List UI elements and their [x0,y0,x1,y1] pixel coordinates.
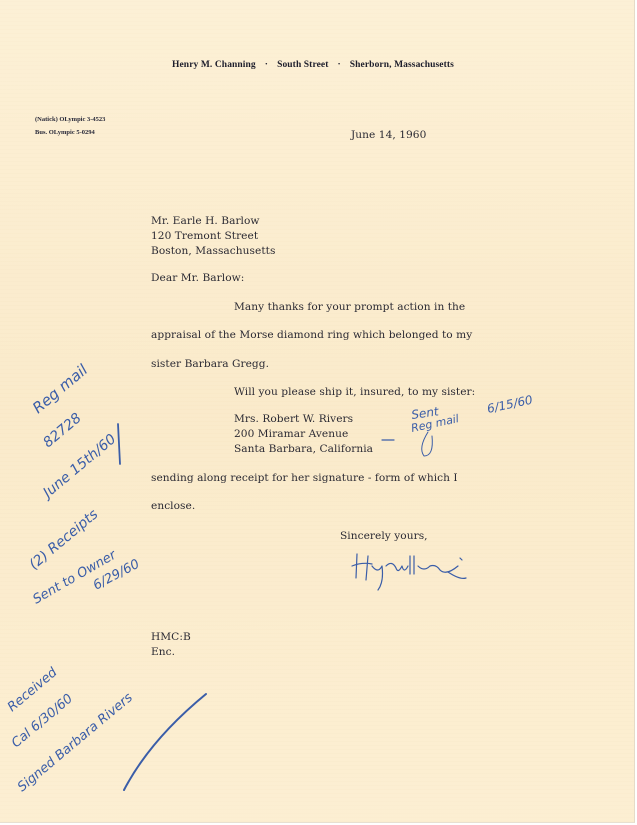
letterhead-separator: · [265,60,268,70]
body-line: appraisal of the Morse diamond ring whic… [151,329,472,341]
letter-page: Henry M. Channing·South Street·Sherborn,… [0,0,635,823]
body-line: Will you please ship it, insured, to my … [234,386,475,398]
salutation: Dear Mr. Barlow: [151,272,244,284]
recipient-street: 120 Tremont Street [151,229,275,244]
reference-block: HMC:B Enc. [151,630,191,660]
recipient-address: Mr. Earle H. Barlow 120 Tremont Street B… [151,214,275,259]
letterhead-name: Henry M. Channing [172,60,256,70]
closing: Sincerely yours, [340,530,428,542]
recipient-city: Boston, Massachusetts [151,244,275,259]
letterhead-town: Sherborn, Massachusetts [350,60,454,70]
body-line: sending along receipt for her signature … [151,472,458,484]
phone-home: (Natick) OLympic 3-4523 [35,113,105,126]
recipient-name: Mr. Earle H. Barlow [151,214,275,229]
enclosure-note: Enc. [151,645,191,660]
letterhead: Henry M. Channing·South Street·Sherborn,… [172,60,454,70]
body-line: sister Barbara Gregg. [151,358,269,370]
ship-to-name: Mrs. Robert W. Rivers [234,412,373,427]
ship-to-street: 200 Miramar Avenue [234,427,373,442]
reference-initials: HMC:B [151,630,191,645]
phone-business: Bus. OLympic 5-0294 [35,126,105,139]
body-line: enclose. [151,500,195,512]
body-line: Many thanks for your prompt action in th… [234,301,465,313]
ship-to-city: Santa Barbara, California [234,442,373,457]
phone-numbers: (Natick) OLympic 3-4523 Bus. OLympic 5-0… [35,113,105,139]
ship-to-address: Mrs. Robert W. Rivers 200 Miramar Avenue… [234,412,373,457]
letterhead-separator: · [338,60,341,70]
letter-date: June 14, 1960 [351,129,426,141]
letterhead-street: South Street [277,60,328,70]
